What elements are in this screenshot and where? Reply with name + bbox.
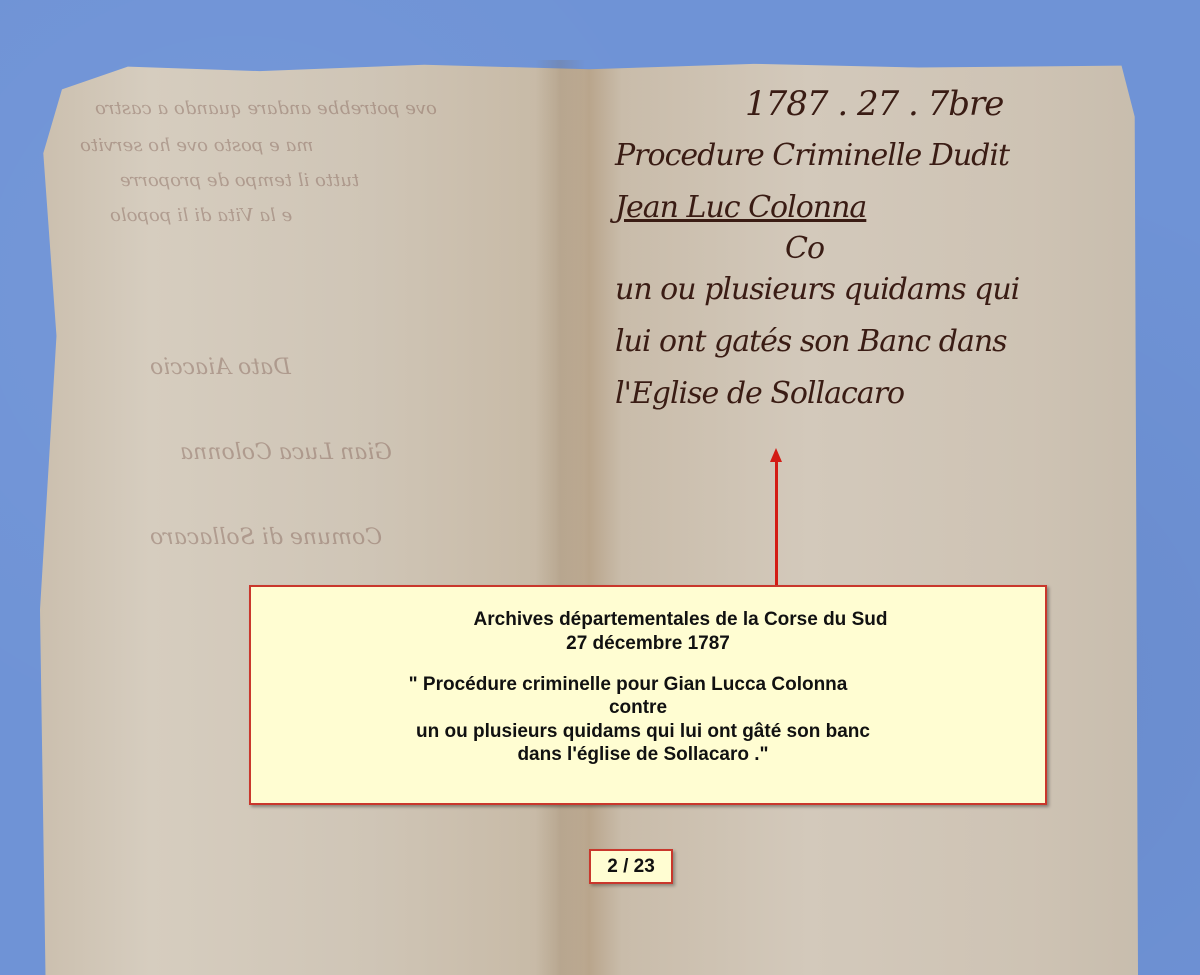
caption-box: Archives départementales de la Corse du …: [249, 585, 1047, 805]
bleed-through-text: e la Vita di li popolo: [110, 205, 292, 226]
bleed-through-text: Gian Luca Colonna: [180, 440, 392, 465]
caption-quote-line: dans l'église de Sollacaro .": [251, 744, 1045, 766]
caption-quote-line: un ou plusieurs quidams qui lui ont gâté…: [251, 721, 1045, 743]
page-counter: 2 / 23: [589, 849, 673, 884]
handwritten-line: Jean Luc Colonna: [615, 182, 1135, 234]
handwritten-title: 1787 . 27 . 7bre Procedure Criminelle Du…: [615, 78, 1135, 420]
caption-quote-line: " Procédure criminelle pour Gian Lucca C…: [251, 674, 1045, 696]
handwritten-line: Co: [785, 234, 1135, 264]
caption-date: 27 décembre 1787: [251, 633, 1045, 655]
bleed-through-text: ma e posto ove ho servito: [80, 135, 313, 156]
handwritten-line: lui ont gatés son Banc dans: [615, 316, 1135, 368]
bleed-through-text: tutto il tempo de proporre: [120, 170, 359, 191]
bleed-through-text: ove potrebbe andare quando a castro: [95, 98, 437, 119]
handwritten-line: un ou plusieurs quidams qui: [615, 264, 1135, 316]
caption-quote-line: contre: [251, 697, 1045, 719]
page-fold: [535, 60, 585, 975]
handwritten-line: l'Eglise de Sollacaro: [615, 368, 1135, 420]
bleed-through-text: Dato Aiaccio: [150, 355, 291, 380]
handwritten-line: Procedure Criminelle Dudit: [615, 130, 1135, 182]
bleed-through-text: Comune di Sollacaro: [150, 525, 382, 550]
pointer-arrow: [775, 458, 778, 586]
handwritten-date: 1787 . 27 . 7bre: [745, 78, 1135, 130]
caption-source: Archives départementales de la Corse du …: [251, 609, 1045, 631]
